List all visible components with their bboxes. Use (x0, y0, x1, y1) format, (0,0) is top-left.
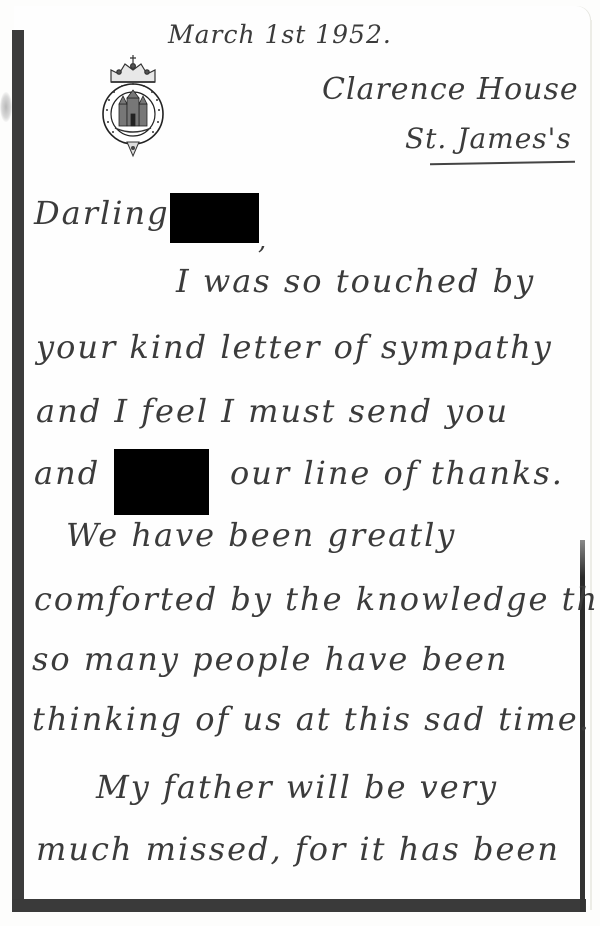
body-line: your kind letter of sympathy (36, 328, 553, 366)
redacted-recipient-name (170, 193, 259, 243)
body-line: much missed, for it has been (36, 830, 560, 868)
frame-border-bottom (12, 899, 586, 912)
body-line: so many people have been (32, 640, 509, 678)
scan-smudge (0, 92, 12, 122)
letter-date: March 1st 1952. (168, 20, 392, 49)
body-line: My father will be very (96, 768, 498, 806)
body-line: and (34, 454, 100, 492)
body-line: our line of thanks. (230, 454, 564, 492)
body-line: We have been greatly (66, 516, 456, 554)
redacted-second-name (114, 449, 209, 515)
body-line: I was so touched by (176, 262, 535, 300)
body-line: thinking of us at this sad time. (32, 700, 591, 738)
body-line: comforted by the knowledge that (34, 580, 600, 618)
frame-border-left (12, 30, 24, 912)
salutation-greeting: Darling (34, 194, 170, 232)
paper-edge (590, 20, 592, 910)
body-line: and I feel I must send you (36, 392, 509, 430)
address-line-2: St. James's (405, 122, 572, 155)
salutation-comma: , (258, 226, 266, 256)
address-line-1: Clarence House (322, 72, 579, 107)
crest-icon (93, 52, 173, 164)
